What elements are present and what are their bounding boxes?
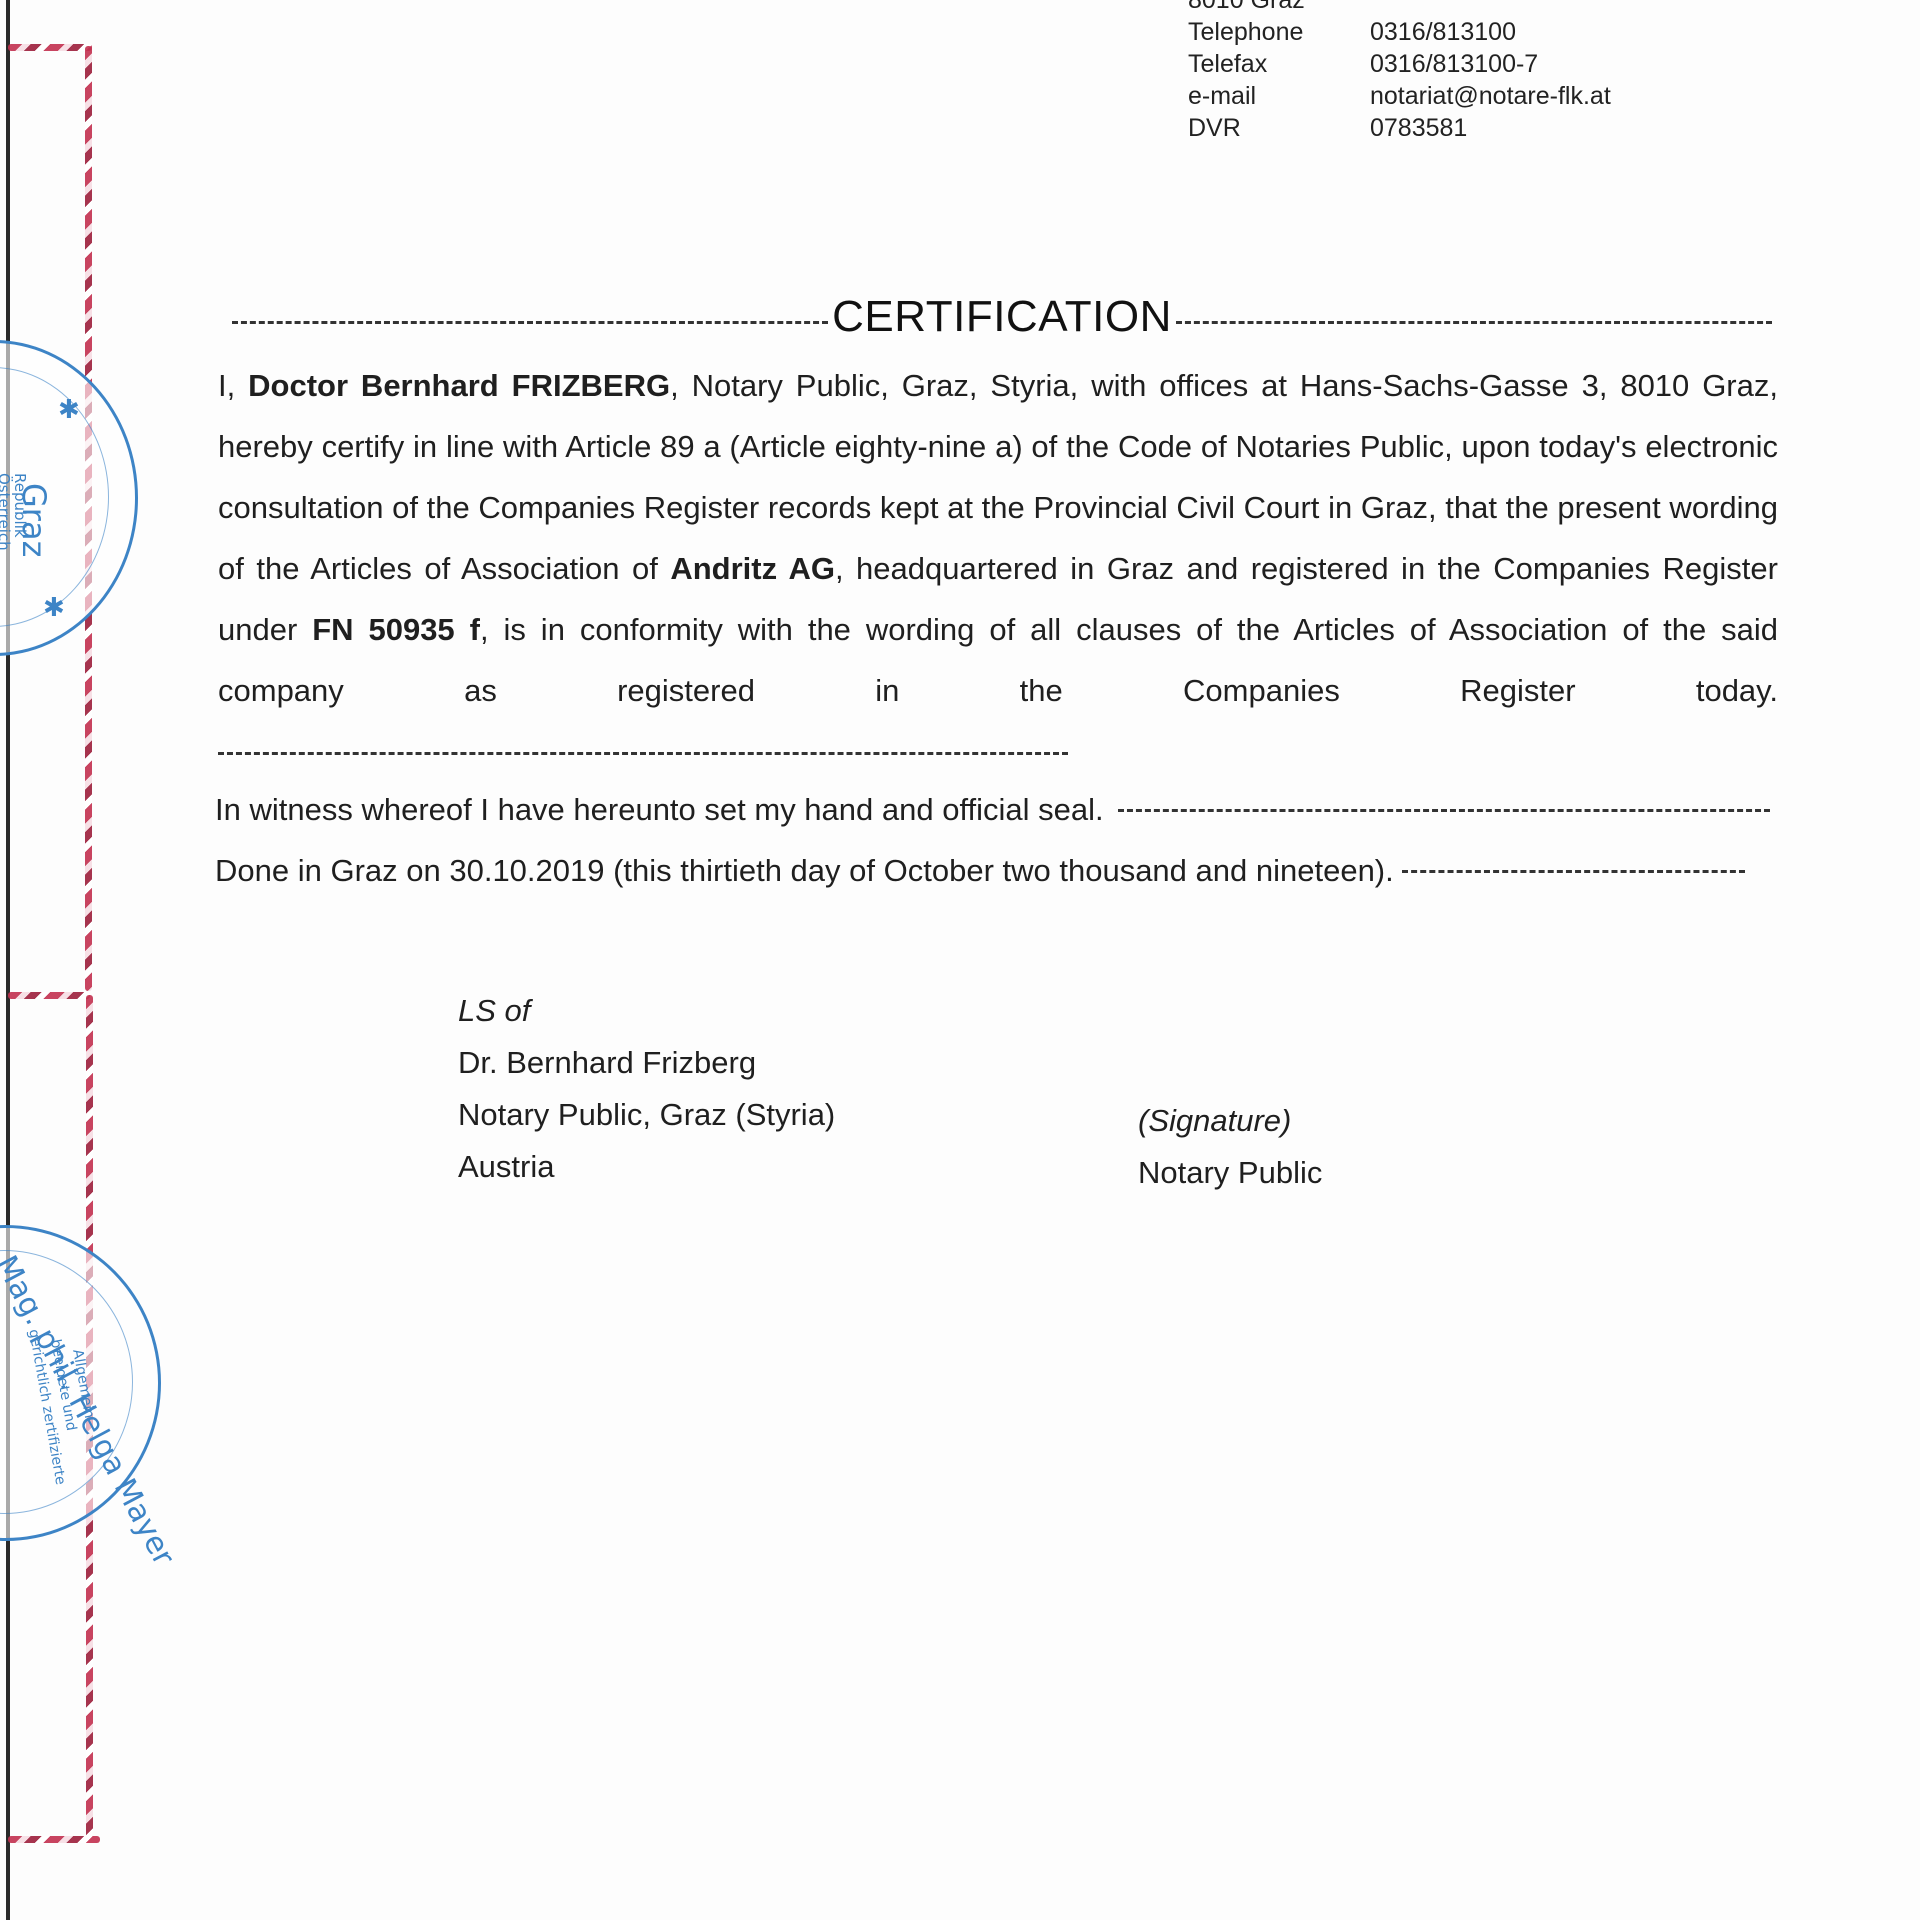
contact-city: 8010 Graz <box>1188 0 1611 16</box>
star-icon: ✱ <box>58 395 80 425</box>
binding-cord <box>8 44 92 51</box>
contact-row-telephone: Telephone 0316/813100 <box>1188 16 1611 48</box>
contact-row-dvr: DVR 0783581 <box>1188 112 1611 144</box>
certification-heading-row: CERTIFICATION <box>232 292 1772 342</box>
dash-filler <box>218 752 1068 755</box>
done-line: Done in Graz on 30.10.2019 (this thirtie… <box>215 853 1745 889</box>
letterhead-contact: 8010 Graz Telephone 0316/813100 Telefax … <box>1188 10 1611 144</box>
dash-filler <box>1118 809 1770 812</box>
translator-stamp: Mag. phil. Helga Mayer Allgemein beeidet… <box>0 1225 161 1541</box>
witness-line: In witness whereof I have hereunto set m… <box>215 792 1770 828</box>
star-icon: ✱ <box>43 593 65 623</box>
seal-signature-block: LS of Dr. Bernhard Frizberg Notary Publi… <box>458 985 835 1193</box>
company-name: Andritz AG <box>670 551 835 586</box>
signature-label: (Signature) <box>1138 1095 1322 1147</box>
signature-block: (Signature) Notary Public <box>1138 1095 1322 1199</box>
stamp-small-text: Österreich <box>0 473 13 551</box>
signature-title: Notary Public <box>1138 1147 1322 1199</box>
dash-divider <box>232 321 828 324</box>
dash-divider <box>1176 321 1772 324</box>
certification-body: I, Doctor Bernhard FRIZBERG, Notary Publ… <box>218 355 1778 782</box>
stamp-small-text: Republik <box>11 473 29 538</box>
binding-cord <box>8 992 90 999</box>
register-number: FN 50935 f <box>312 612 480 647</box>
binding-cord <box>8 1836 100 1843</box>
certification-heading: CERTIFICATION <box>828 292 1176 342</box>
contact-row-telefax: Telefax 0316/813100-7 <box>1188 48 1611 80</box>
notary-country: Austria <box>458 1141 835 1193</box>
ls-of-label: LS of <box>458 985 835 1037</box>
notary-name: Doctor Bernhard FRIZBERG <box>248 368 670 403</box>
notary-full-name: Dr. Bernhard Frizberg <box>458 1037 835 1089</box>
notary-title: Notary Public, Graz (Styria) <box>458 1089 835 1141</box>
binding-edge <box>6 0 10 1920</box>
contact-row-email: e-mail notariat@notare-flk.at <box>1188 80 1611 112</box>
notary-seal-stamp: Graz ✱ ✱ Republik Österreich <box>0 340 138 656</box>
dash-filler <box>1402 870 1745 873</box>
